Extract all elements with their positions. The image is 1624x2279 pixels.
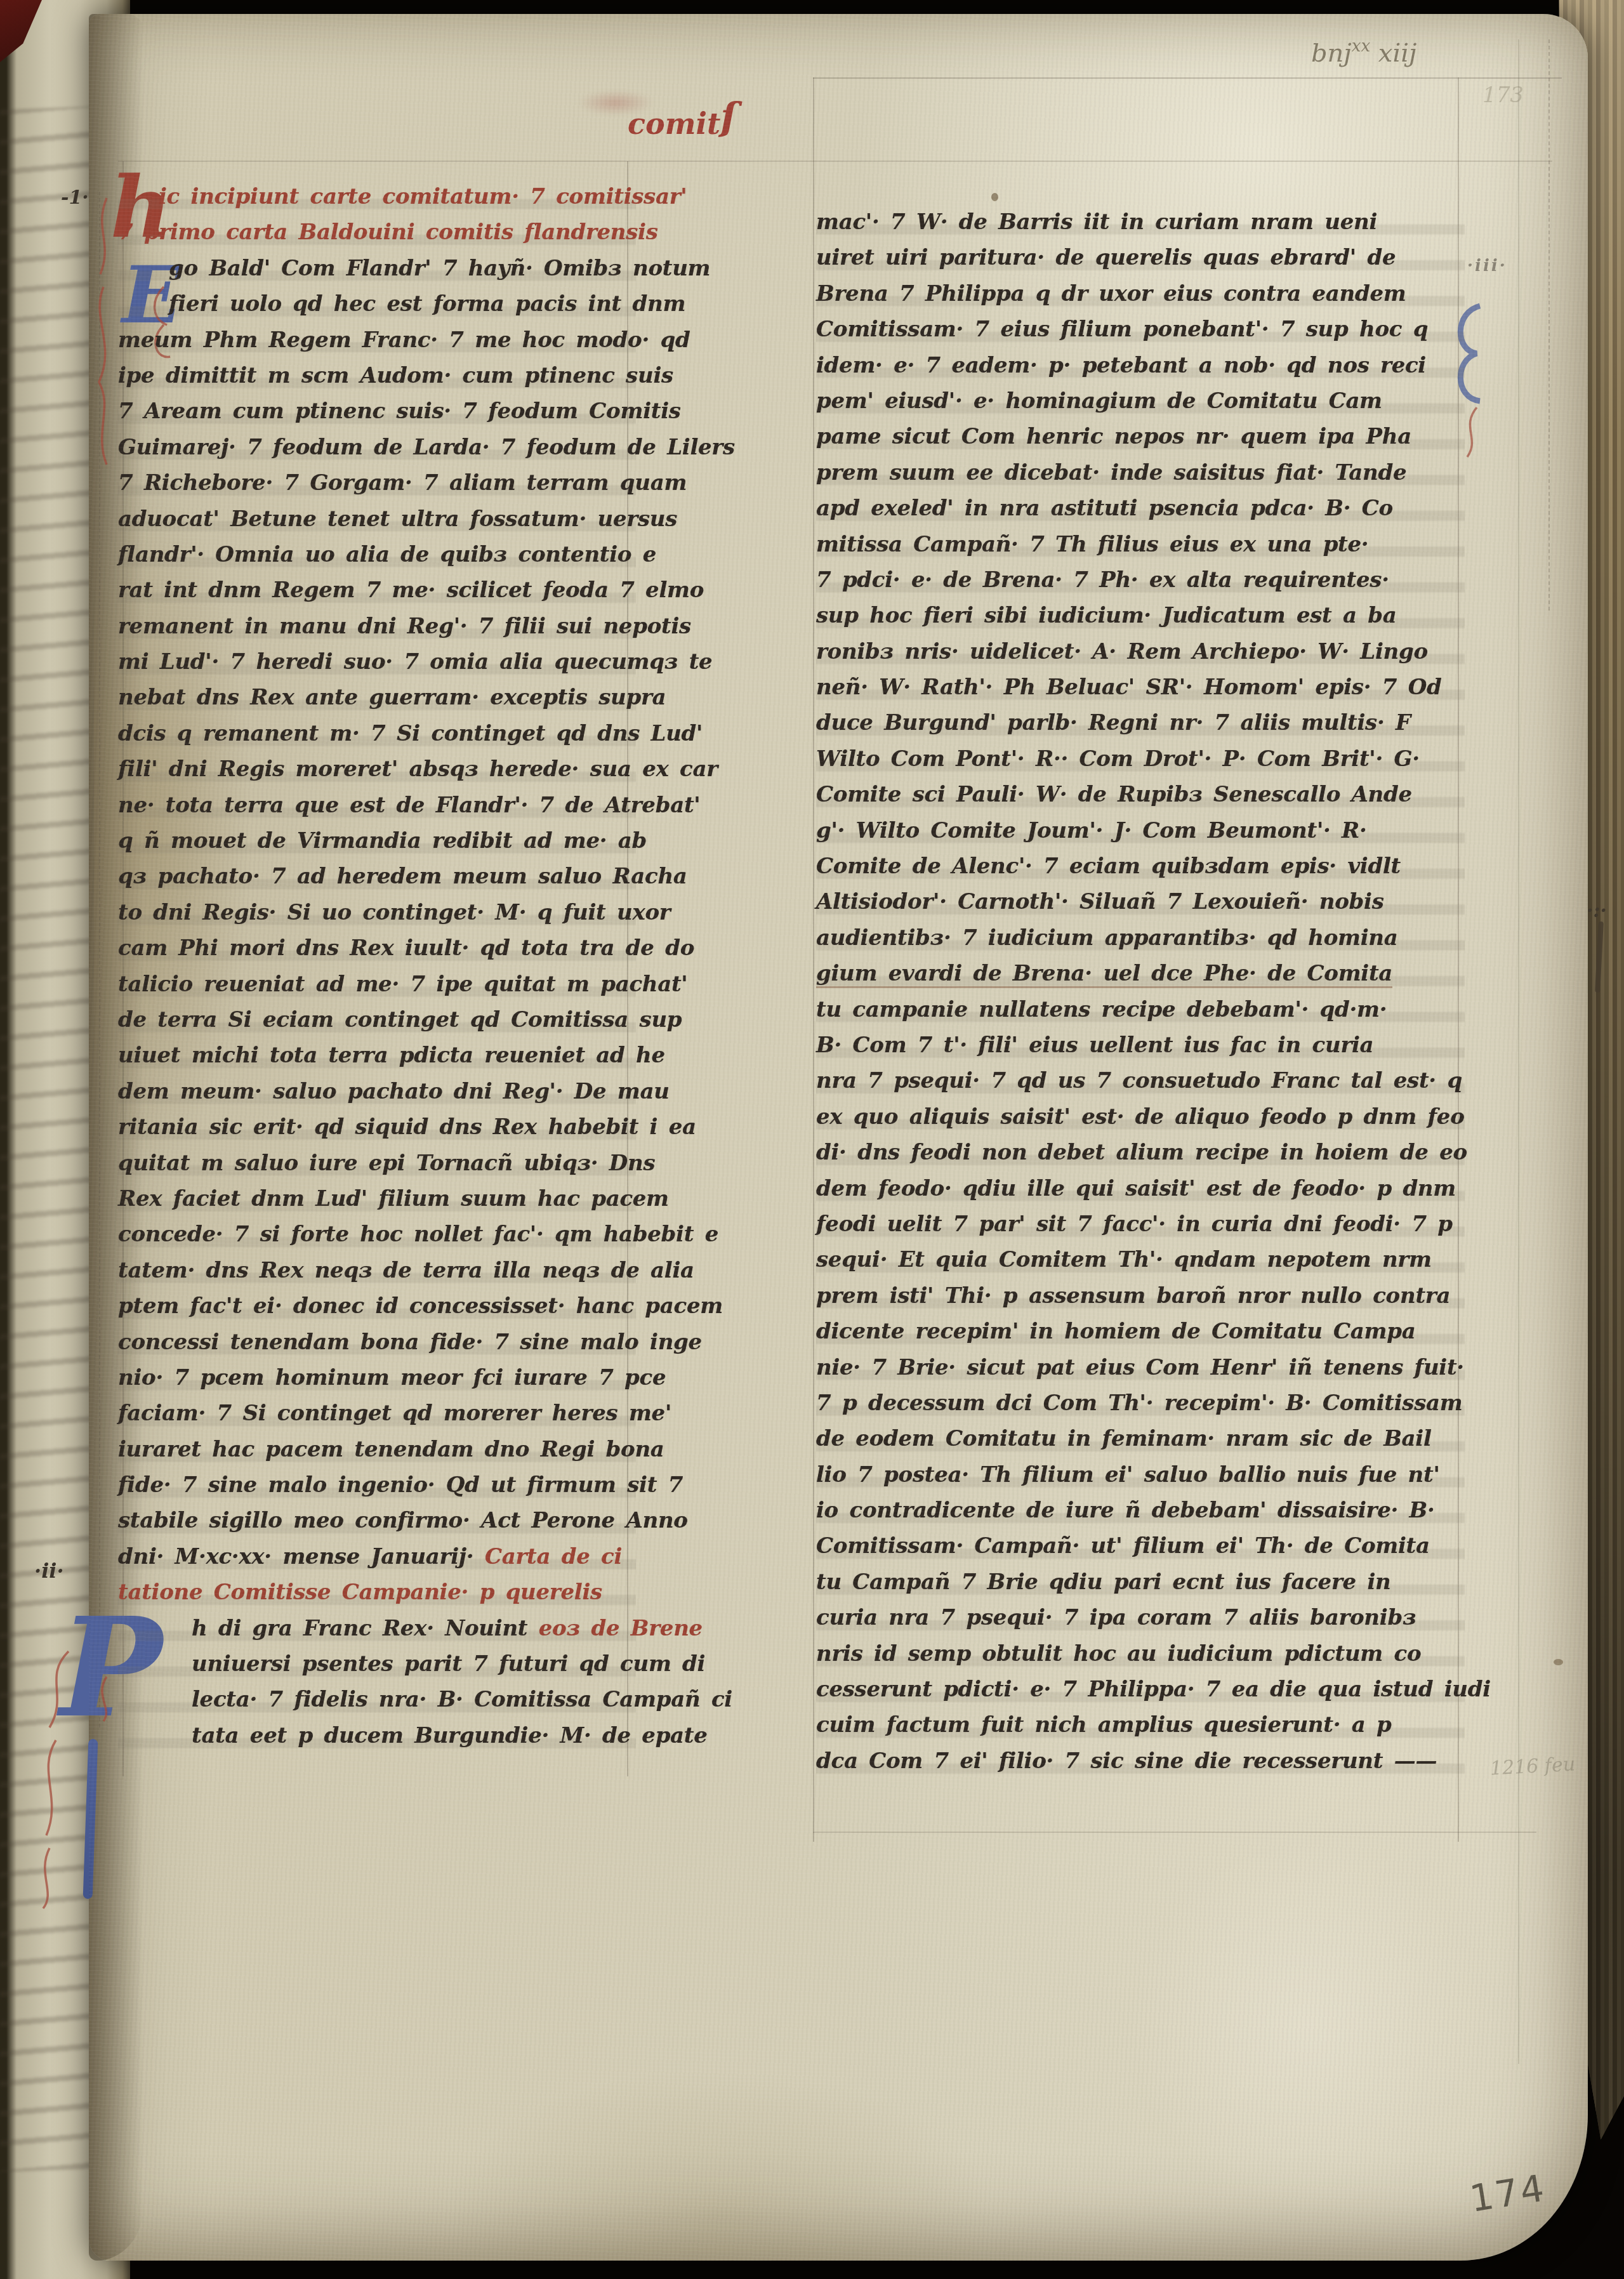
ink-speck <box>991 193 998 201</box>
text-line: prem suum ee dicebat· inde saisitus fiat… <box>816 455 1465 491</box>
margin-item-number-2: ·ii· <box>34 1559 64 1583</box>
text-line: g'· Wilto Comite Joum'· J· Com Beumont'·… <box>816 813 1465 849</box>
text-line: idem· e· 7 eadem· p· petebant a nob· qd … <box>816 348 1465 383</box>
text-line: Altisiodor'· Carnoth'· Siluañ 7 Lexouieñ… <box>816 884 1465 920</box>
text-line: B· Com 7 t'· fili' eius uellent ius fac … <box>816 1027 1465 1063</box>
text-line: iuraret hac pacem tenendam dno Regi bona <box>118 1432 636 1467</box>
text-line: Rex faciet dnm Lud' filium suum hac pace… <box>118 1181 636 1217</box>
text-line: tu campanie nullatens recipe debebam'· q… <box>816 992 1465 1027</box>
old-foliation-inscription: bnjxx xiij <box>1311 37 1416 68</box>
text-line: audientibз· 7 iudicium apparantibз· qd h… <box>816 920 1465 956</box>
text-line: 7 p decessum dci Com Th'· recepim'· B· C… <box>816 1385 1465 1421</box>
text-line: pame sicut Com henric nepos nr· quem ipa… <box>816 419 1465 454</box>
text-line: concede· 7 si forte hoc nollet fac'· qm … <box>118 1217 636 1252</box>
text-line: Comite de Alenc'· 7 eciam quibзdam epis·… <box>816 849 1465 884</box>
text-line: nra 7 psequi· 7 qd us 7 consuetudo Franc… <box>816 1063 1465 1099</box>
text-line: lio 7 postea· Th filium ei' saluo ballio… <box>816 1457 1465 1493</box>
text-line: uiuet michi tota terra pdicta reueniet a… <box>118 1038 636 1073</box>
text-line: tata eet p ducem Burgundie· M· de epate <box>118 1718 636 1754</box>
text-line: sequi· Et quia Comitem Th'· qndam nepote… <box>816 1242 1465 1278</box>
right-text-column: mac'· 7 W· de Barris iit in curiam nram … <box>816 204 1465 1779</box>
text-line: meum Phm Regem Franc· 7 me hoc modo· qd <box>118 322 636 358</box>
text-line: nebat dns Rex ante guerram· exceptis sup… <box>118 680 636 715</box>
text-line: dicente recepim' in homiem de Comitatu C… <box>816 1314 1465 1349</box>
text-line: nio· 7 pcem hominum meor fci iurare 7 pc… <box>118 1360 636 1396</box>
text-line: ipe dimittit m scm Audom· cum ptinenc su… <box>118 358 636 393</box>
margin-pen-dots: ·:· <box>1587 900 1607 922</box>
text-line: tatione Comitisse Campanie· p querelis <box>118 1575 636 1610</box>
left-text-column: ic incipiunt carte comitatum· 7 comitiss… <box>118 179 636 1754</box>
text-line: duce Burgund' parlb· Regni nr· 7 aliis m… <box>816 705 1465 741</box>
text-line: dcis q remanent m· 7 Si continget qd dns… <box>118 716 636 751</box>
text-line: apd exeled' in nra astituti psencia pdca… <box>816 491 1465 526</box>
text-line: fieri uolo qd hec est forma pacis int dn… <box>118 286 636 322</box>
text-line: qз pachato· 7 ad heredem meum saluo Rach… <box>118 859 636 894</box>
text-line: nie· 7 Brie· sicut pat eius Com Henr' iñ… <box>816 1350 1465 1385</box>
text-line: pem' eiusd'· e· hominagium de Comitatu C… <box>816 383 1465 419</box>
text-line: Comitissam· Campañ· ut' filium ei' Th· d… <box>816 1528 1465 1564</box>
text-line: dca Com 7 ei' filio· 7 sic sine die rece… <box>816 1743 1465 1779</box>
foliation-number: xiij <box>1378 39 1417 68</box>
margin-item-number-3: ·iii· <box>1467 256 1507 275</box>
text-line: uiret uiri paritura· de querelis quas eb… <box>816 240 1465 275</box>
text-line: Wilto Com Pont'· R·· Com Drot'· P· Com B… <box>816 741 1465 777</box>
text-line: rat int dnm Regem 7 me· scilicet feoda 7… <box>118 572 636 608</box>
text-line: di· dns feodi non debet alium recipe in … <box>816 1135 1465 1170</box>
text-line: Guimarej· 7 feodum de Larda· 7 feodum de… <box>118 430 636 465</box>
faint-foliation-pencil: 173 <box>1482 83 1524 108</box>
text-line: 7 primo carta Baldouini comitis flandren… <box>118 215 636 250</box>
text-line: de terra Si eciam continget qd Comitissa… <box>118 1002 636 1038</box>
text-line: talicio reueniat ad me· 7 ipe quitat m p… <box>118 967 636 1002</box>
text-line: curia nra 7 psequi· 7 ipa coram 7 aliis … <box>816 1600 1465 1635</box>
text-line: cam Phi mori dns Rex iuult· qd tota tra … <box>118 930 636 966</box>
text-line: 7 Richebore· 7 Gorgam· 7 aliam terram qu… <box>118 465 636 501</box>
text-line: mac'· 7 W· de Barris iit in curiam nram … <box>816 204 1465 240</box>
ruling-line <box>813 1832 1536 1833</box>
faint-pencil-date-note: 1216 feu <box>1489 1754 1576 1780</box>
manuscript-photo-stage: { "header": { "running_title": "comit", … <box>0 0 1624 2279</box>
text-line: ptem fac't ei· donec id concessisset· ha… <box>118 1288 636 1324</box>
running-title: comitſ <box>600 95 765 141</box>
text-line: neñ· W· Rath'· Ph Beluac' SR'· Homom' ep… <box>816 670 1465 705</box>
text-line: q ñ mouet de Virmandia redibit ad me· ab <box>118 823 636 859</box>
text-line: mitissa Campañ· 7 Th filius eius ex una … <box>816 527 1465 562</box>
text-line: 7 pdci· e· de Brena· 7 Ph· ex alta requi… <box>816 562 1465 598</box>
text-line: de eodem Comitatu in feminam· nram sic d… <box>816 1421 1465 1457</box>
ink-speck <box>1554 1659 1563 1665</box>
text-line: fide· 7 sine malo ingenio· Qd ut firmum … <box>118 1467 636 1503</box>
ruling-line <box>813 77 1562 79</box>
ruling-line-dashed <box>99 192 100 1727</box>
text-line: dni· M·xc·xx· mense Januarij· Carta de c… <box>118 1539 636 1575</box>
text-line: feodi uelit 7 par' sit 7 facc'· in curia… <box>816 1206 1465 1242</box>
text-line: quitat m saluo iure epi Tornacñ ubiqз· D… <box>118 1146 636 1181</box>
text-line: io contradicente de iure ñ debebam' diss… <box>816 1493 1465 1528</box>
ruling-line <box>813 77 814 1842</box>
ruling-line <box>118 161 1552 162</box>
text-line: ritania sic erit· qd siquid dns Rex habe… <box>118 1109 636 1145</box>
text-line: mi Lud'· 7 heredi suo· 7 omia alia quecu… <box>118 644 636 680</box>
ruling-line-dashed <box>1548 39 1550 611</box>
text-line: Comitissam· 7 eius filium ponebant'· 7 s… <box>816 312 1465 347</box>
text-line: Comite sci Pauli· W· de Rupibз Senescall… <box>816 777 1465 812</box>
text-line: ic incipiunt carte comitatum· 7 comitiss… <box>118 179 636 215</box>
text-line: h di gra Franc Rex· Nouint eoз de Brene <box>118 1611 636 1646</box>
foliation-superscript: xx <box>1352 37 1370 56</box>
title-flourish: ſ <box>720 95 737 140</box>
parchment-sheen <box>1130 1842 1485 2210</box>
text-line: go Bald' Com Flandr' 7 hayñ· Omibз notum <box>118 251 636 286</box>
manuscript-page: comitſ bnjxx xiij 173 -1· ·ii· ·iii· ·:·… <box>89 14 1588 2261</box>
text-line: lecta· 7 fidelis nra· B· Comitissa Campa… <box>118 1682 636 1717</box>
text-line: concessi tenendam bona fide· 7 sine malo… <box>118 1324 636 1360</box>
text-line: dem feodo· qdiu ille qui saisit' est de … <box>816 1171 1465 1206</box>
running-title-text: comit <box>628 107 720 141</box>
text-line: flandr'· Omnia uo alia de quibз contenti… <box>118 537 636 572</box>
text-line: gium evardi de Brena· uel dce Phe· de Co… <box>816 956 1465 991</box>
text-line: tatem· dns Rex neqз de terra illa neqз d… <box>118 1253 636 1288</box>
text-line: ronibз nris· uidelicet· A· Rem Archiepo·… <box>816 634 1465 670</box>
margin-item-number-1: -1· <box>61 187 89 209</box>
text-line: prem isti' Thi· p assensum baroñ nror nu… <box>816 1278 1465 1314</box>
text-line: cesserunt pdicti· e· 7 Philippa· 7 ea di… <box>816 1672 1465 1707</box>
text-line: sup hoc fieri sibi iudicium· Judicatum e… <box>816 598 1465 633</box>
text-line: cuim factum fuit nich amplius quesierunt… <box>816 1707 1465 1743</box>
text-line: 7 Aream cum ptinenc suis· 7 feodum Comit… <box>118 393 636 429</box>
text-line: ex quo aliquis saisit' est· de aliquo fe… <box>816 1099 1465 1135</box>
text-line: dem meum· saluo pachato dni Reg'· De mau <box>118 1074 636 1109</box>
text-line: fili' dni Regis moreret' absqз herede· s… <box>118 751 636 787</box>
text-line: tu Campañ 7 Brie qdiu pari ecnt ius face… <box>816 1564 1465 1600</box>
showthrough-script <box>0 106 95 2172</box>
text-line: Brena 7 Philippa q dr uxor eius contra e… <box>816 276 1465 312</box>
text-line: aduocat' Betune tenet ultra fossatum· ue… <box>118 501 636 537</box>
text-line: nris id semp obtulit hoc au iudicium pdi… <box>816 1636 1465 1672</box>
text-line: stabile sigillo meo confirmo· Act Perone… <box>118 1503 636 1538</box>
text-line: ne· tota terra que est de Flandr'· 7 de … <box>118 788 636 823</box>
text-line: remanent in manu dni Reg'· 7 filii sui n… <box>118 609 636 644</box>
text-line: faciam· 7 Si continget qd morerer heres … <box>118 1396 636 1431</box>
text-line: uniuersi psentes parit 7 futuri qd cum d… <box>118 1646 636 1682</box>
foliation-main: bnj <box>1311 39 1352 68</box>
text-line: to dni Regis· Si uo continget· M· q fuit… <box>118 895 636 930</box>
